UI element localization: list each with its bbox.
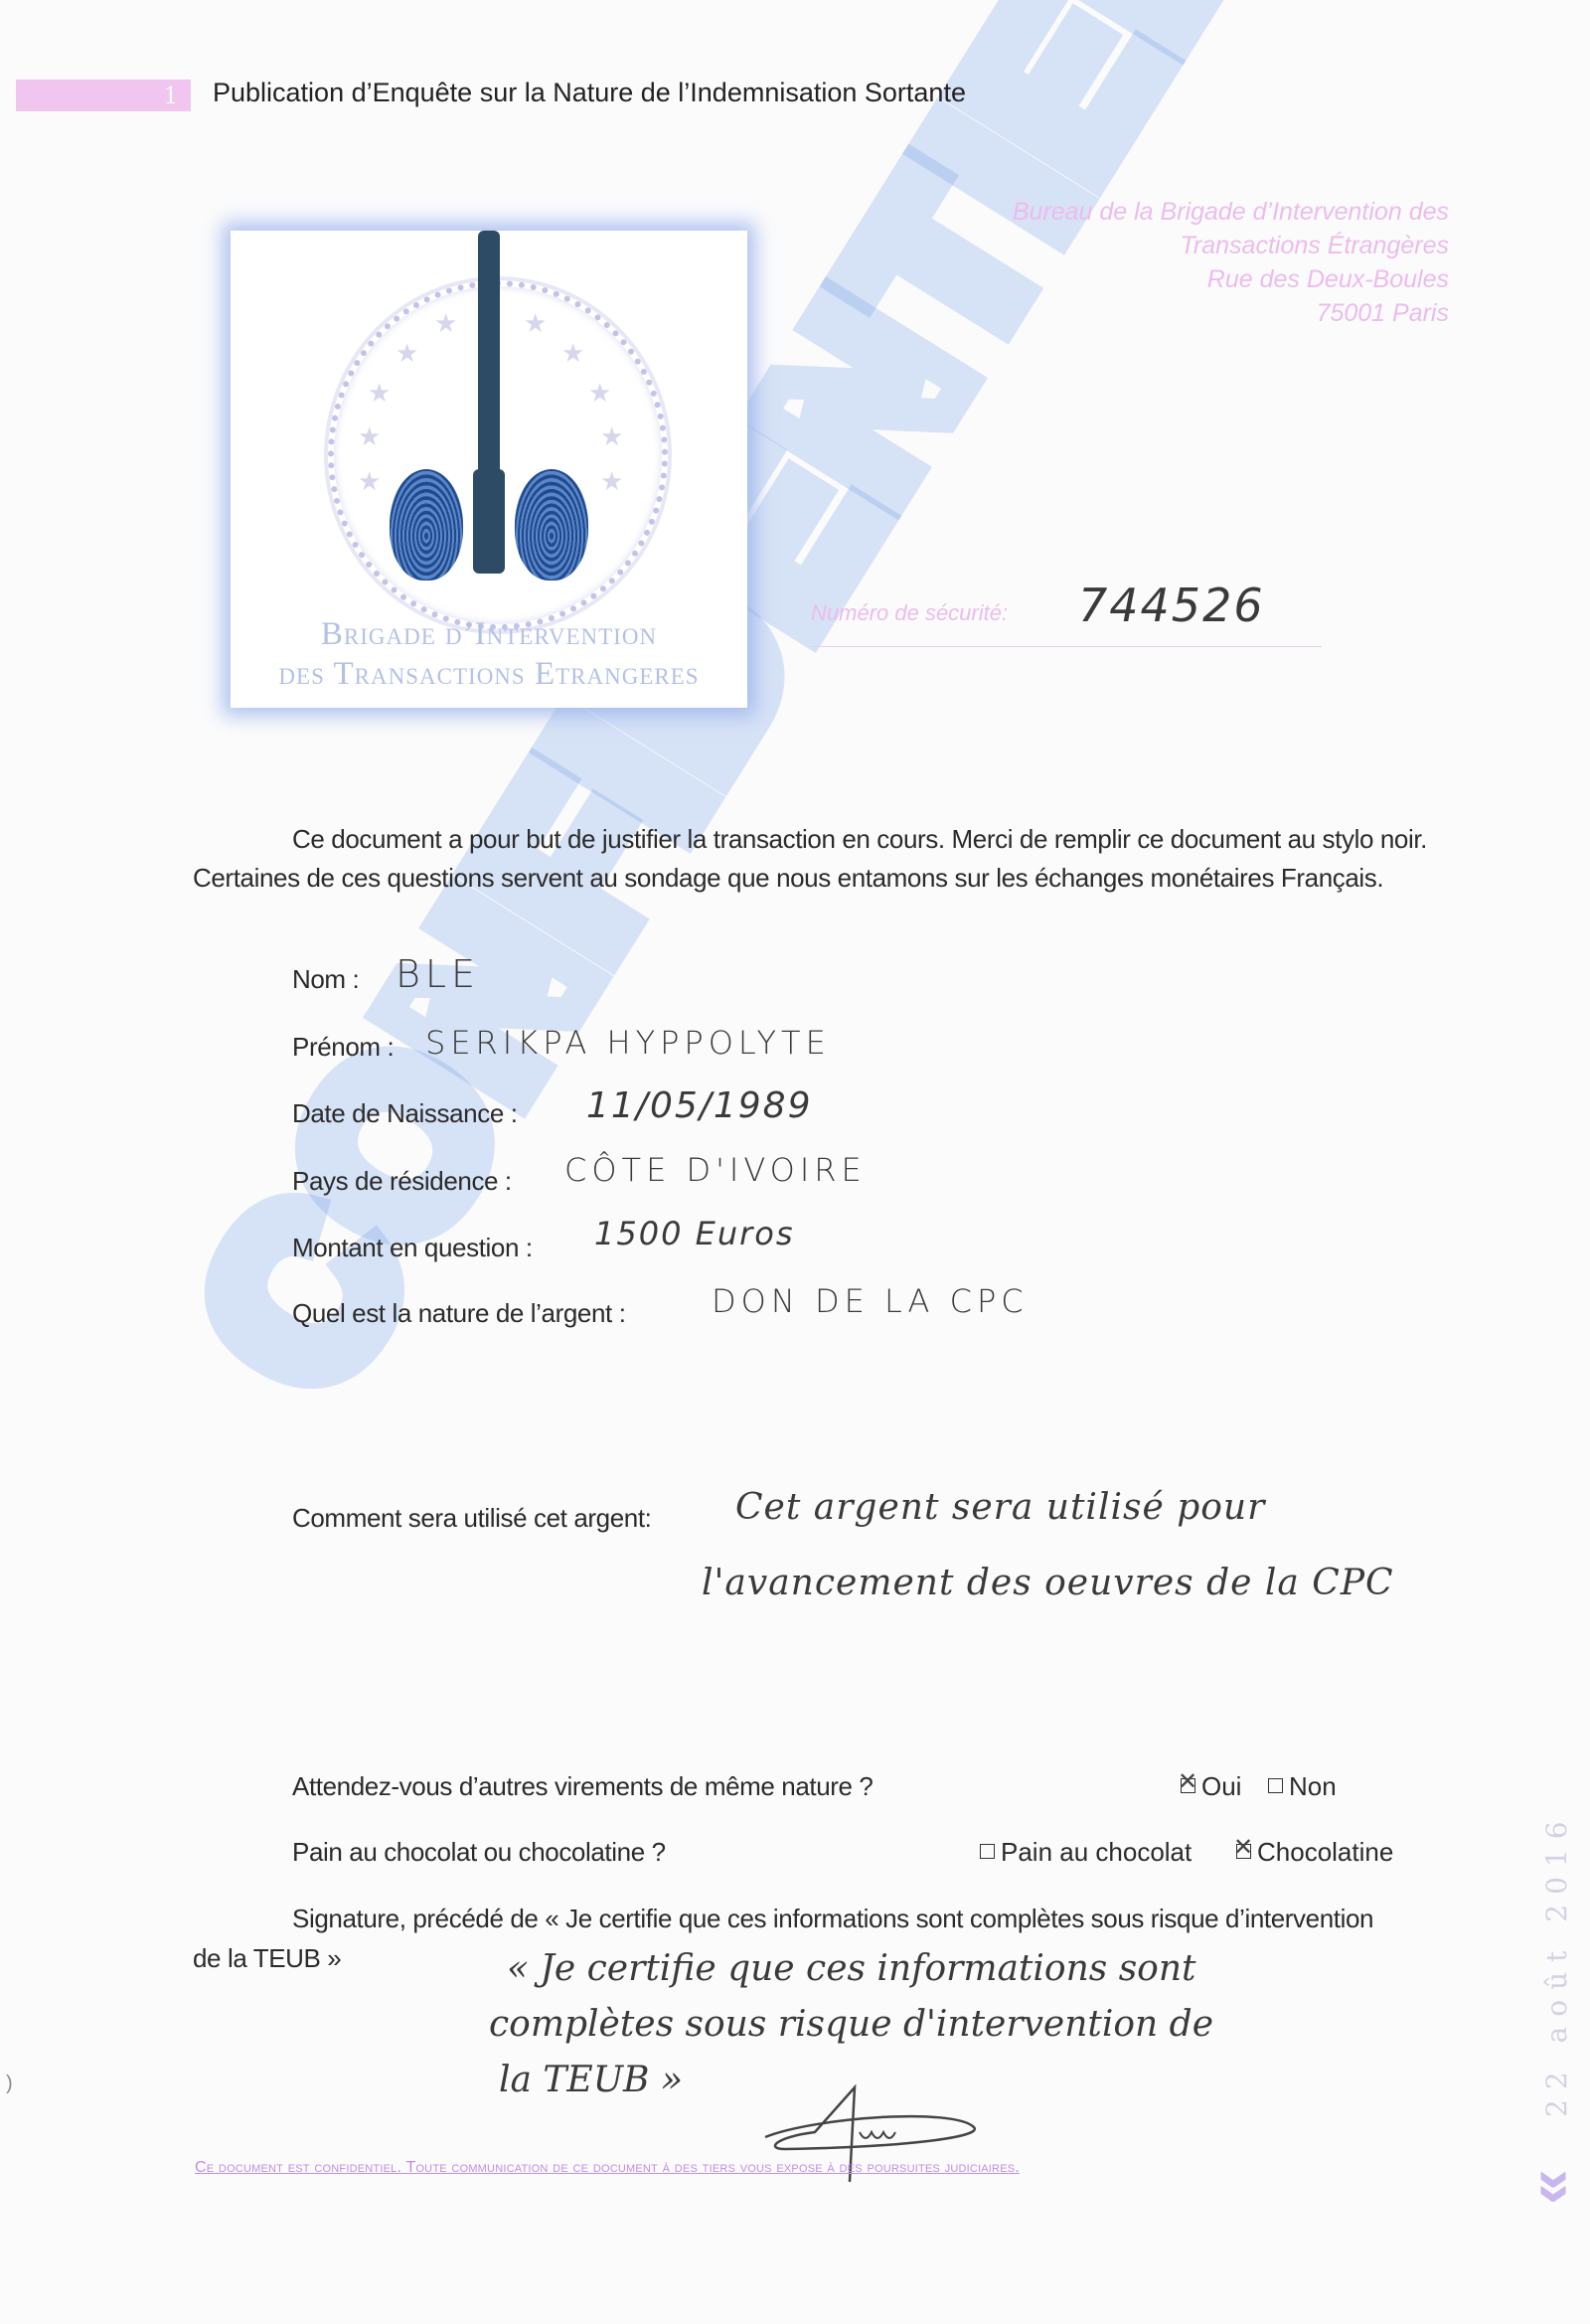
star-icon: ★ (358, 466, 381, 497)
checkbox-icon[interactable] (980, 1844, 995, 1859)
star-icon: ★ (524, 308, 547, 339)
star-icon: ★ (368, 378, 391, 409)
chevrons-icon: » (1538, 2169, 1578, 2205)
document-title: Publication d’Enquête sur la Nature de l… (213, 78, 966, 108)
intro-paragraph: Ce document a pour but de justifier la t… (193, 820, 1455, 898)
security-number-label: Numéro de sécurité: (811, 600, 1008, 626)
fingerprint-icon (515, 469, 588, 581)
star-icon: ★ (600, 421, 623, 452)
address-line: Bureau de la Brigade d’Intervention des (1013, 195, 1449, 229)
star-icon: ★ (600, 466, 623, 497)
checkbox-checked-icon[interactable] (1181, 1778, 1195, 1793)
field-value-nature[interactable]: DON DE LA CPC (712, 1282, 1029, 1320)
option-chocolatine[interactable]: Chocolatine (1236, 1837, 1393, 1868)
signature-handwritten-line3[interactable]: la TEUB » (499, 2060, 683, 2100)
field-value-montant[interactable]: 1500 Euros (594, 1215, 795, 1252)
agency-logo: ★ ★ ★ ★ ★ ★ ★ ★ ★ ★ Brigade d’Interventi… (231, 231, 747, 708)
field-label-usage: Comment sera utilisé cet argent: (292, 1503, 651, 1534)
question-more-transfers: Attendez-vous d’autres virements de même… (292, 1771, 873, 1802)
security-number-value[interactable]: 744526 (1078, 579, 1265, 632)
checkbox-checked-icon[interactable] (1236, 1844, 1251, 1859)
logo-text-line1: Brigade d’Intervention (231, 616, 747, 653)
field-value-usage-line2[interactable]: l'avancement des oeuvres de la CPC (702, 1563, 1394, 1603)
star-icon: ★ (434, 308, 457, 339)
option-pain-au-chocolat[interactable]: Pain au chocolat (980, 1837, 1192, 1868)
question-pastry: Pain au chocolat ou chocolatine ? (292, 1837, 666, 1868)
field-label-date-naissance: Date de Naissance : (292, 1098, 518, 1129)
scan-edge-mark: ) (6, 2073, 13, 2095)
baton-handle (473, 469, 505, 574)
star-icon: ★ (561, 338, 584, 369)
field-label-pays: Pays de résidence : (292, 1166, 512, 1197)
field-value-nom[interactable]: BLE (396, 952, 480, 996)
logo-text-line2: des Transactions Etrangeres (231, 656, 747, 693)
field-label-nom: Nom : (292, 964, 359, 995)
office-address: Bureau de la Brigade d’Intervention des … (1013, 195, 1449, 330)
star-icon: ★ (588, 378, 611, 409)
address-line: Transactions Étrangères (1013, 229, 1449, 262)
option-oui[interactable]: Oui (1181, 1771, 1241, 1802)
signature-handwritten-line2[interactable]: complètes sous risque d'intervention de (489, 2004, 1213, 2045)
checkbox-icon[interactable] (1268, 1778, 1283, 1793)
field-value-prenom[interactable]: SERIKPA HYPPOLYTE (425, 1024, 831, 1062)
field-label-prenom: Prénom : (292, 1032, 394, 1063)
star-icon: ★ (396, 338, 418, 369)
fingerprint-icon (390, 469, 463, 581)
security-number-underline (811, 646, 1322, 647)
date-stamp: 22 août 2016 (1540, 1811, 1573, 2117)
star-icon: ★ (358, 421, 381, 452)
field-value-date-naissance[interactable]: 11/05/1989 (586, 1085, 813, 1126)
signature-handwritten-line1[interactable]: « Je certifie que ces informations sont (507, 1948, 1196, 1989)
address-line: 75001 Paris (1013, 296, 1449, 330)
confidentiality-notice: Ce document est confidentiel. Toute comm… (195, 2159, 1020, 2177)
field-label-montant: Montant en question : (292, 1233, 533, 1263)
field-label-nature: Quel est la nature de l’argent : (292, 1298, 626, 1329)
field-value-pays[interactable]: CÔTE D'IVOIRE (564, 1151, 867, 1189)
field-value-usage-line1[interactable]: Cet argent sera utilisé pour (735, 1487, 1265, 1528)
option-non[interactable]: Non (1268, 1771, 1337, 1802)
page-number-badge: 1 (16, 80, 191, 111)
address-line: Rue des Deux-Boules (1013, 262, 1449, 296)
